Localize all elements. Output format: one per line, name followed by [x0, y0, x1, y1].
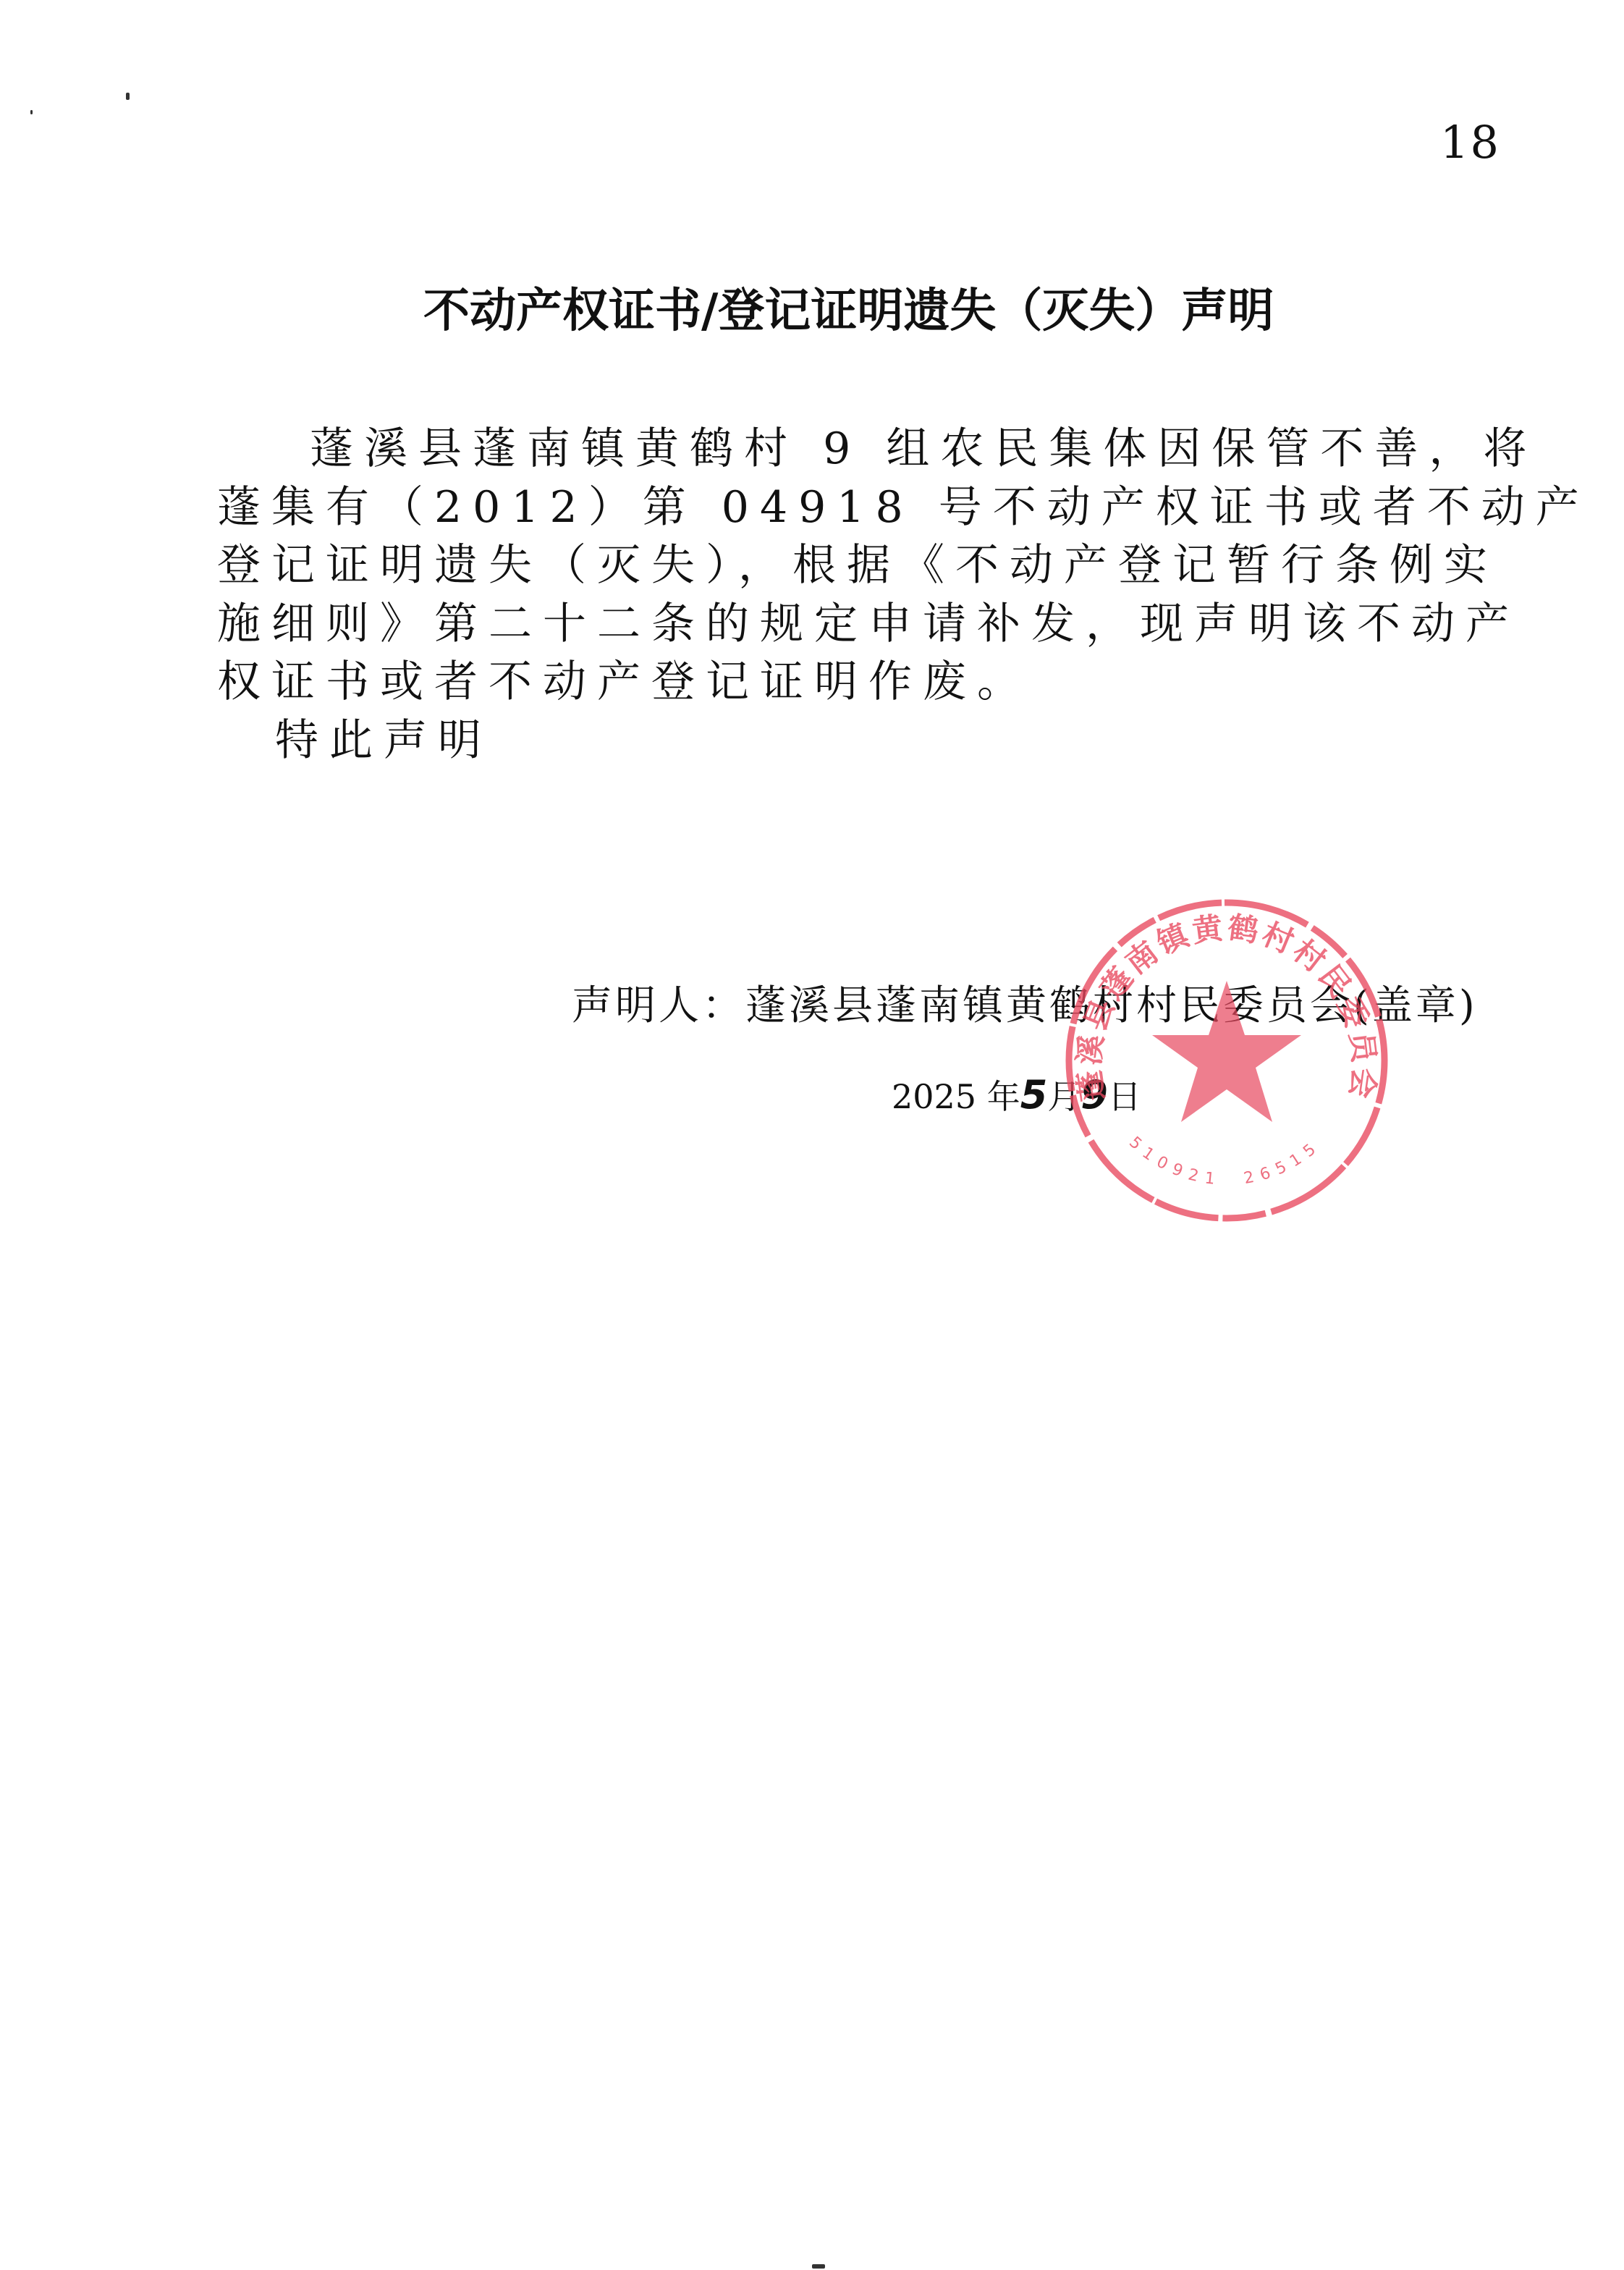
- body-line: 登记证明遗失（灭失），根据《不动产登记暂行条例实: [217, 536, 1491, 595]
- closing-statement: 特此声明: [217, 712, 1491, 770]
- date-month-suffix: 月: [1047, 1077, 1080, 1116]
- seal-note: (盖章): [1353, 982, 1478, 1029]
- svg-text:26515: 26515: [1243, 1136, 1325, 1188]
- declaration-body: 蓬溪县蓬南镇黄鹤村 9 组农民集体因保管不善，将 蓬集有（2012）第 0491…: [217, 420, 1491, 769]
- declaration-date: 2025 年5月9日: [892, 1070, 1141, 1122]
- body-line: 蓬溪县蓬南镇黄鹤村 9 组农民集体因保管不善，将: [217, 420, 1491, 478]
- page-number: 18: [1440, 116, 1500, 169]
- official-seal: 蓬溪县蓬南镇黄鹤村村民委员会 510921 26515: [1057, 890, 1397, 1231]
- date-year: 2025: [892, 1077, 976, 1116]
- seal-code-right: 26515: [1243, 1136, 1325, 1188]
- signatory-name: 蓬溪县蓬南镇黄鹤村村民委员会: [745, 982, 1353, 1029]
- date-year-suffix: 年: [976, 1077, 1020, 1116]
- body-line: 施细则》第二十二条的规定申请补发，现声明该不动产: [217, 595, 1491, 654]
- scan-speck: [126, 93, 130, 100]
- body-line: 蓬集有（2012）第 04918 号不动产权证书或者不动产: [217, 478, 1491, 537]
- date-day-suffix: 日: [1108, 1077, 1141, 1116]
- scan-speck: [812, 2264, 825, 2269]
- signature-line: 声明人：蓬溪县蓬南镇黄鹤村村民委员会(盖章): [572, 974, 1478, 1039]
- scan-speck: [30, 110, 33, 114]
- seal-code-left: 510921: [1125, 1134, 1223, 1189]
- date-month-handwritten: 5: [1020, 1072, 1048, 1118]
- signature-label: 声明人：: [572, 982, 745, 1029]
- svg-text:510921: 510921: [1125, 1134, 1223, 1189]
- document-title: 不动产权证书/登记证明遗失（灭失）声明: [423, 279, 1335, 344]
- date-day-handwritten: 9: [1080, 1072, 1108, 1118]
- body-line: 权证书或者不动产登记证明作废。: [217, 653, 1491, 712]
